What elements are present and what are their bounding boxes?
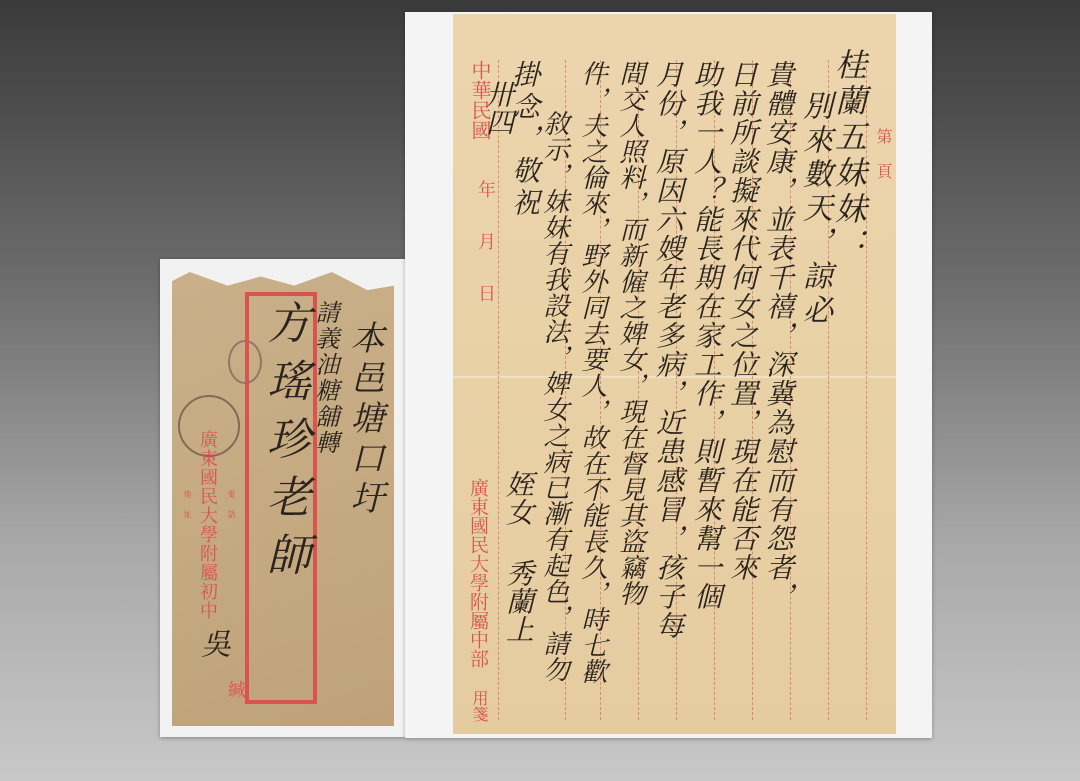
envelope-address: 本邑塘口圩 <box>340 320 389 520</box>
letter-column: 掛念，敬祝 <box>504 60 544 220</box>
envelope-recipient-name: 方瑤珍老師 <box>252 300 316 590</box>
envelope-forwarding-note: 請義油糖舖轉 <box>308 300 343 456</box>
envelope-sealed-mark: 緘 <box>222 680 248 698</box>
letter-column: 助我一人？能長期在家工作，則暫來幫一個 <box>686 60 726 611</box>
letter-column: 月份，原因六嫂年老多病，近患感冒，孩子每 <box>648 60 688 640</box>
letter-page-label: 第 頁 <box>872 128 895 179</box>
letter-column: 件，夫之倫來，野外同去要人，故在不能長久，時七歡 <box>574 60 611 684</box>
envelope-small-print-right: 電話 <box>226 490 237 530</box>
envelope-sender-name: 吳 <box>190 628 234 658</box>
letter-column: 間交人照料，而新僱之婢女，現在督見其盜竊物 <box>612 60 649 606</box>
letter-column: 日前所談擬來代何女之位置，現在能否來 <box>722 60 762 582</box>
letter-signature: 姪女 秀蘭上 <box>498 470 538 643</box>
envelope-sender-organization: 廣東國民大學附屬初中 <box>198 430 216 620</box>
letter-letterhead-organization: 廣東國民大學附屬中部 <box>468 478 488 668</box>
letter-column: 別來數天，諒必 <box>792 90 836 328</box>
letter-letterhead-suffix: 用箋 <box>468 690 491 722</box>
envelope-small-print-left: 地址 <box>182 490 193 530</box>
letter-date-labels: 年月日 <box>472 180 498 336</box>
letter-column: 貴體安康，並表千禧，深冀為慰而有怨者， <box>758 60 798 611</box>
